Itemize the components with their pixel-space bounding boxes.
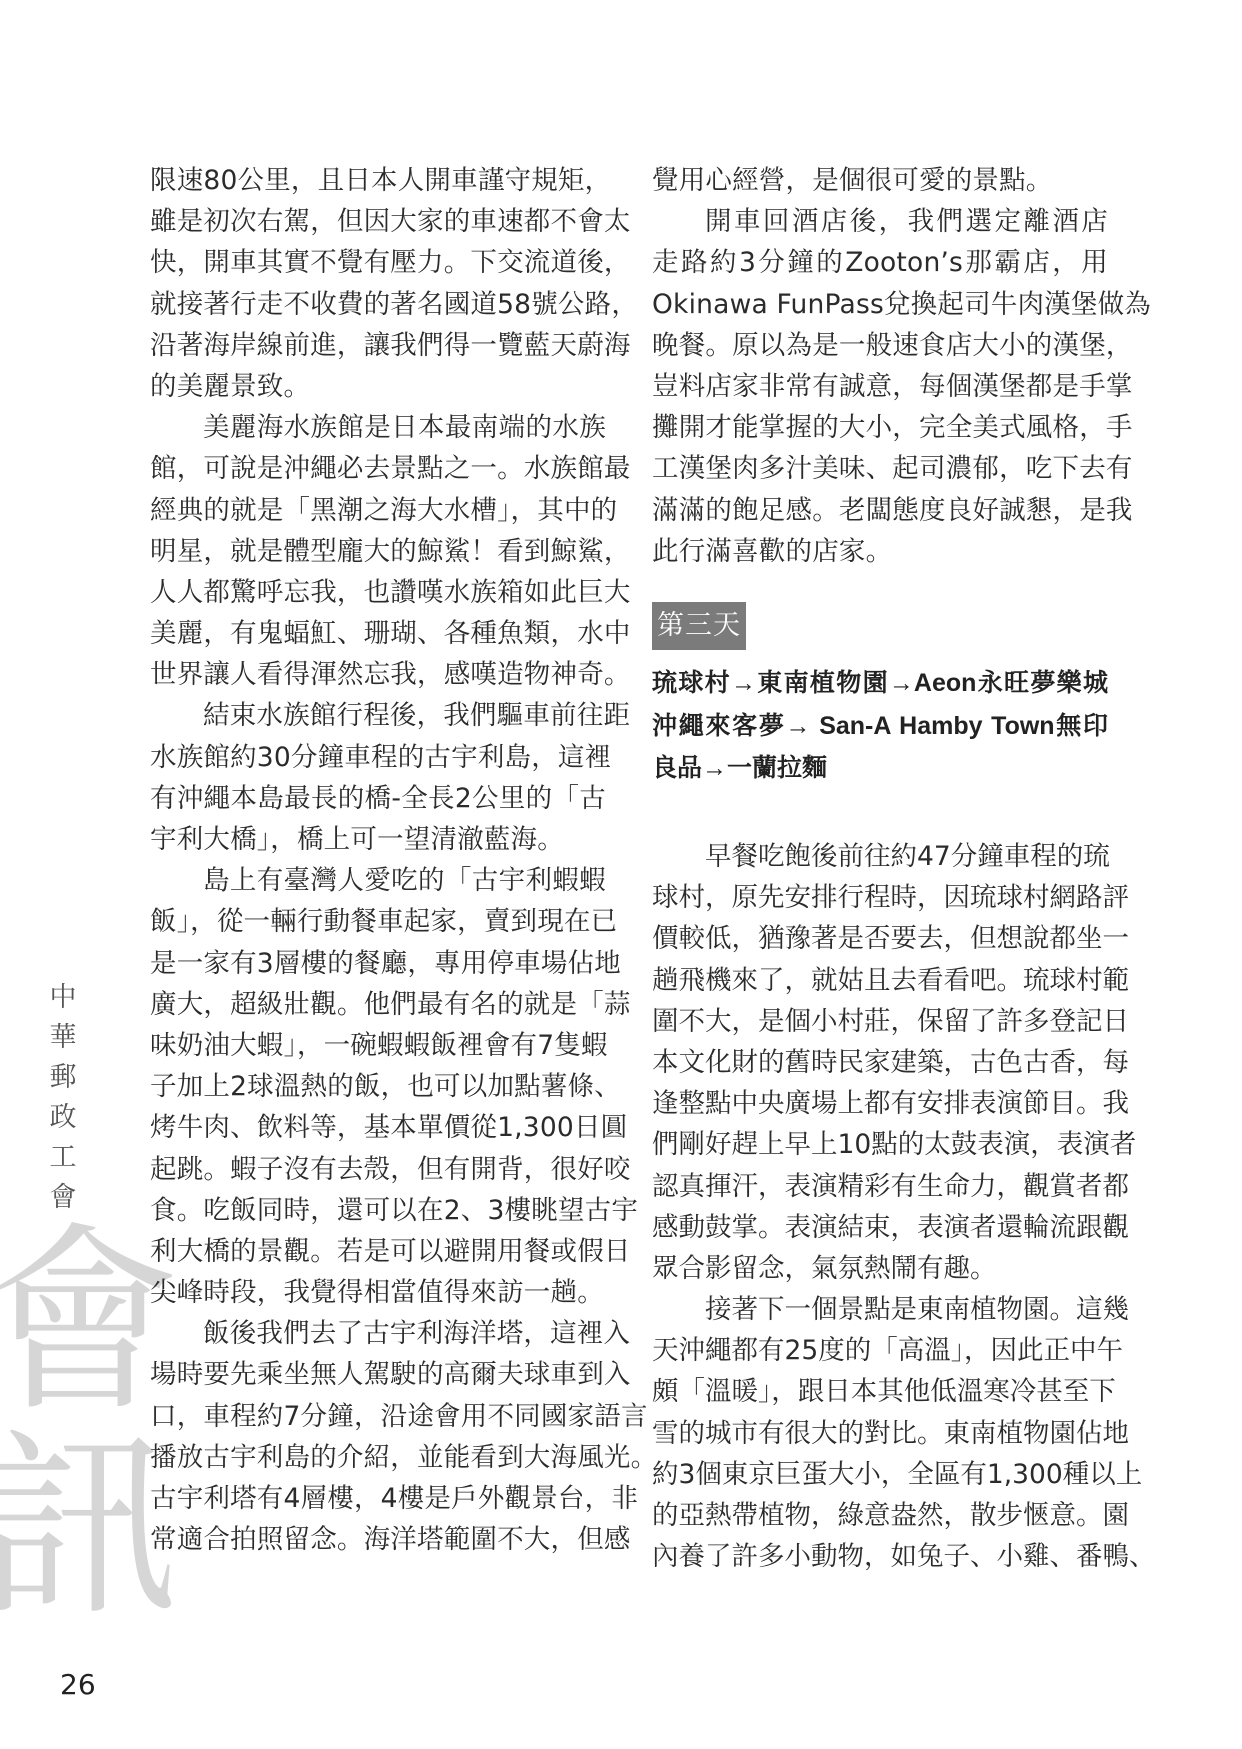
text-line: 口，車程約7分鐘，沿途會用不同國家語言	[150, 1396, 606, 1437]
text-line: 烤牛肉、飲料等，基本單價從1,300日圓	[150, 1107, 606, 1148]
side-label-char: 工	[48, 1138, 78, 1178]
text-line: 晚餐。原以為是一般速食店大小的漢堡，	[652, 325, 1108, 366]
text-line: 食。吃飯同時，還可以在2、3樓眺望古宇	[150, 1190, 606, 1231]
text-line: 宇利大橋」，橋上可一望清澈藍海。	[150, 819, 606, 860]
right-column-lower-text: 早餐吃飽後前往約47分鐘車程的琉球村，原先安排行程時，因琉球村網路評價較低，猶豫…	[652, 836, 1108, 1577]
text-line: 豈料店家非常有誠意，每個漢堡都是手掌	[652, 366, 1108, 407]
text-line: 明星，就是體型龐大的鯨鯊！看到鯨鯊，	[150, 531, 606, 572]
text-line: 走路約3分鐘的Zooton’s那霸店，用	[652, 242, 1108, 283]
text-line: 的亞熱帶植物，綠意盎然，散步愜意。園	[652, 1495, 1108, 1536]
text-line: 播放古宇利島的介紹，並能看到大海風光。	[150, 1437, 606, 1478]
text-line: 頗「溫暖」，跟日本其他低溫寒冷甚至下	[652, 1371, 1108, 1412]
text-line: 館，可說是沖繩必去景點之一。水族館最	[150, 448, 606, 489]
side-label-char: 郵	[48, 1058, 78, 1098]
text-line: 此行滿喜歡的店家。	[652, 531, 1108, 572]
text-line: 價較低，猶豫著是否要去，但想說都坐一	[652, 918, 1108, 959]
text-line: 人人都驚呼忘我，也讚嘆水族箱如此巨大	[150, 572, 606, 613]
text-line: 利大橋的景觀。若是可以避開用餐或假日	[150, 1231, 606, 1272]
side-label-char: 華	[48, 1018, 78, 1058]
text-line: 天沖繩都有25度的「高溫」，因此正中午	[652, 1330, 1108, 1371]
itinerary-route: 琉球村→東南植物園→Aeon永旺夢樂城沖繩來客夢→ San-A Hamby To…	[652, 662, 1108, 790]
text-line: 常適合拍照留念。海洋塔範圍不大，但感	[150, 1519, 606, 1560]
text-line: 本文化財的舊時民家建築，古色古香，每	[652, 1042, 1108, 1083]
text-line: 飯」，從一輛行動餐車起家，賣到現在已	[150, 901, 606, 942]
text-line: 水族館約30分鐘車程的古宇利島，這裡	[150, 737, 606, 778]
text-line: 約3個東京巨蛋大小，全區有1,300種以上	[652, 1454, 1108, 1495]
text-line: 廣大，超級壯觀。他們最有名的就是「蒜	[150, 984, 606, 1025]
text-line: 工漢堡肉多汁美味、起司濃郁，吃下去有	[652, 448, 1108, 489]
text-line: Okinawa FunPass兌換起司牛肉漢堡做為	[652, 284, 1108, 325]
text-line: 眾合影留念，氣氛熱鬧有趣。	[652, 1248, 1108, 1289]
text-line: 內養了許多小動物，如兔子、小雞、番鴨、	[652, 1536, 1108, 1577]
text-line: 味奶油大蝦」，一碗蝦蝦飯裡會有7隻蝦	[150, 1025, 606, 1066]
text-line: 琉球村→東南植物園→Aeon永旺夢樂城	[652, 662, 1108, 705]
text-line: 沖繩來客夢→ San-A Hamby Town無印	[652, 705, 1108, 748]
text-line: 逢整點中央廣場上都有安排表演節目。我	[652, 1083, 1108, 1124]
text-line: 滿滿的飽足感。老闆態度良好誠懇，是我	[652, 490, 1108, 531]
text-line: 美麗海水族館是日本最南端的水族	[150, 407, 606, 448]
text-line: 就接著行走不收費的著名國道58號公路，	[150, 284, 606, 325]
page-number: 26	[60, 1668, 96, 1701]
text-line: 起跳。蝦子沒有去殼，但有開背，很好咬	[150, 1149, 606, 1190]
text-line: 圍不大，是個小村莊，保留了許多登記日	[652, 1001, 1108, 1042]
text-line: 是一家有3層樓的餐廳，專用停車場佔地	[150, 943, 606, 984]
text-line: 島上有臺灣人愛吃的「古宇利蝦蝦	[150, 860, 606, 901]
section-heading-day-three: 第三天	[652, 602, 746, 650]
text-line: 結束水族館行程後，我們驅車前往距	[150, 695, 606, 736]
text-line: 球村，原先安排行程時，因琉球村網路評	[652, 877, 1108, 918]
side-label-char: 中	[48, 978, 78, 1018]
text-line: 雪的城市有很大的對比。東南植物園佔地	[652, 1413, 1108, 1454]
text-line: 開車回酒店後，我們選定離酒店	[652, 201, 1108, 242]
side-label-char: 政	[48, 1098, 78, 1138]
text-line: 感動鼓掌。表演結束，表演者還輪流跟觀	[652, 1207, 1108, 1248]
right-column-article-text: 覺用心經營，是個很可愛的景點。開車回酒店後，我們選定離酒店走路約3分鐘的Zoot…	[652, 160, 1108, 572]
text-line: 古宇利塔有4層樓，4樓是戶外觀景台，非	[150, 1478, 606, 1519]
text-line: 們剛好趕上早上10點的太鼓表演，表演者	[652, 1124, 1108, 1165]
text-line: 有沖繩本島最長的橋-全長2公里的「古	[150, 778, 606, 819]
text-line: 沿著海岸線前進，讓我們得一覽藍天蔚海	[150, 325, 606, 366]
text-line: 美麗，有鬼蝠魟、珊瑚、各種魚類，水中	[150, 613, 606, 654]
text-line: 覺用心經營，是個很可愛的景點。	[652, 160, 1108, 201]
text-line: 良品→一蘭拉麵	[652, 747, 1108, 790]
text-line: 接著下一個景點是東南植物園。這幾	[652, 1289, 1108, 1330]
text-line: 快，開車其實不覺有壓力。下交流道後，	[150, 242, 606, 283]
text-line: 世界讓人看得渾然忘我，感嘆造物神奇。	[150, 654, 606, 695]
text-line: 經典的就是「黑潮之海大水槽」，其中的	[150, 490, 606, 531]
text-line: 場時要先乘坐無人駕駛的高爾夫球車到入	[150, 1354, 606, 1395]
left-column-article-text: 限速80公里，且日本人開車謹守規矩，雖是初次右駕，但因大家的車速都不會太快，開車…	[150, 160, 606, 1560]
side-label-publisher: 中 華 郵 政 工 會	[48, 978, 78, 1218]
text-line: 限速80公里，且日本人開車謹守規矩，	[150, 160, 606, 201]
text-line: 認真揮汗，表演精彩有生命力，觀賞者都	[652, 1166, 1108, 1207]
text-line: 雖是初次右駕，但因大家的車速都不會太	[150, 201, 606, 242]
text-line: 的美麗景致。	[150, 366, 606, 407]
text-line: 尖峰時段，我覺得相當值得來訪一趟。	[150, 1272, 606, 1313]
text-line: 早餐吃飽後前往約47分鐘車程的琉	[652, 836, 1108, 877]
text-line: 趟飛機來了，就姑且去看看吧。琉球村範	[652, 960, 1108, 1001]
text-line: 飯後我們去了古宇利海洋塔，這裡入	[150, 1313, 606, 1354]
text-line: 攤開才能掌握的大小，完全美式風格，手	[652, 407, 1108, 448]
text-line: 子加上2球溫熱的飯，也可以加點薯條、	[150, 1066, 606, 1107]
